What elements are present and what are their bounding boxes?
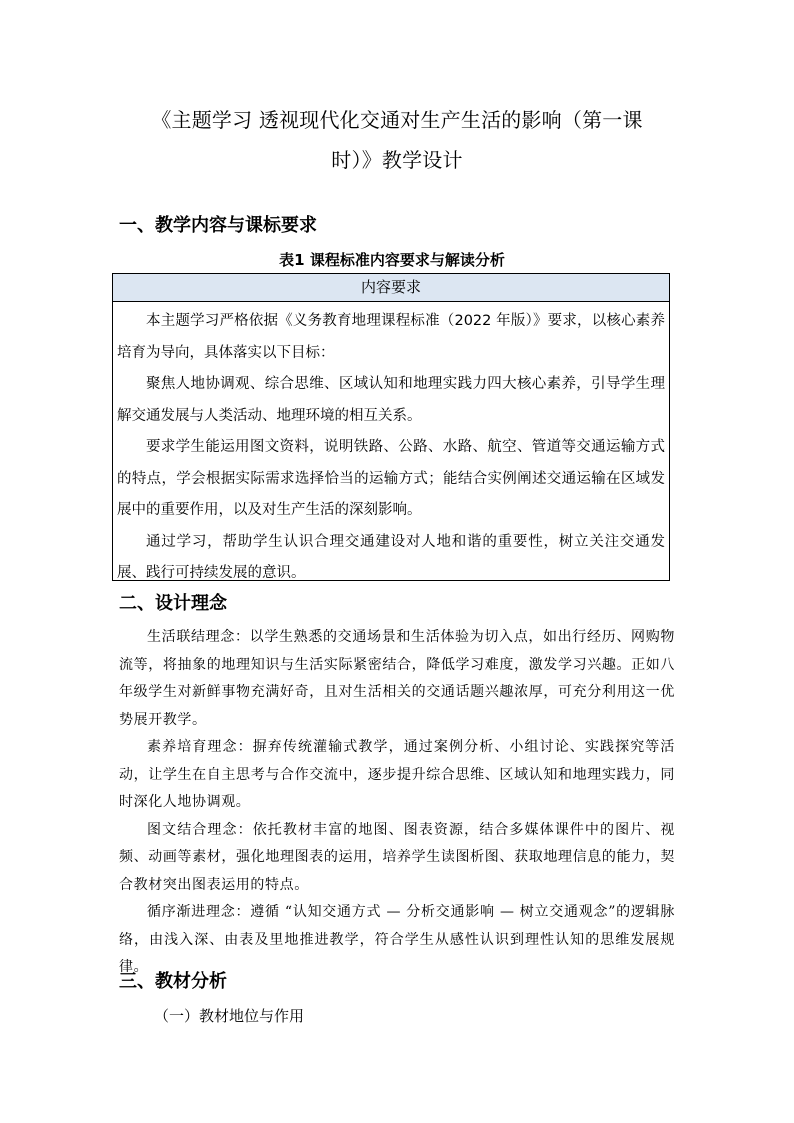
design-concepts-body: 生活联结理念：以学生熟悉的交通场景和生活体验为切入点，如出行经历、网购物流等，将…	[119, 624, 675, 982]
document-title-line-2: 时）》教学设计	[100, 150, 694, 170]
table-paragraph: 通过学习，帮助学生认识合理交通建设对人地和谐的重要性，树立关注交通发展、践行可持…	[117, 527, 665, 590]
body-paragraph: 生活联结理念：以学生熟悉的交通场景和生活体验为切入点，如出行经历、网购物流等，将…	[119, 624, 675, 734]
table-caption: 表1 课程标准内容要求与解读分析	[112, 251, 672, 269]
document-title-line-1: 《主题学习 透视现代化交通对生产生活的影响（第一课	[100, 110, 694, 130]
body-paragraph: 图文结合理念：依托教材丰富的地图、图表资源，结合多媒体课件中的图片、视频、动画等…	[119, 817, 675, 900]
table-body-cell: 本主题学习严格依据《义务教育地理课程标准（2022 年版）》要求，以核心素养培育…	[113, 302, 669, 590]
table-header-cell: 内容要求	[113, 274, 669, 302]
section-heading-1: 一、教学内容与课标要求	[119, 216, 317, 236]
section-heading-3: 三、教材分析	[119, 972, 227, 992]
subsection-heading: （一）教材地位与作用	[154, 1006, 304, 1026]
section-heading-2: 二、设计理念	[119, 594, 227, 614]
table-paragraph: 本主题学习严格依据《义务教育地理课程标准（2022 年版）》要求，以核心素养培育…	[117, 306, 665, 369]
body-paragraph: 素养培育理念：摒弃传统灌输式教学，通过案例分析、小组讨论、实践探究等活动，让学生…	[119, 734, 675, 817]
body-paragraph: 循序渐进理念：遵循 “认知交通方式 — 分析交通影响 — 树立交通观念”的逻辑脉…	[119, 899, 675, 982]
table-paragraph: 聚焦人地协调观、综合思维、区域认知和地理实践力四大核心素养，引导学生理解交通发展…	[117, 369, 665, 432]
table-paragraph: 要求学生能运用图文资料，说明铁路、公路、水路、航空、管道等交通运输方式的特点，学…	[117, 432, 665, 527]
content-requirements-table: 内容要求 本主题学习严格依据《义务教育地理课程标准（2022 年版）》要求，以核…	[112, 273, 670, 581]
